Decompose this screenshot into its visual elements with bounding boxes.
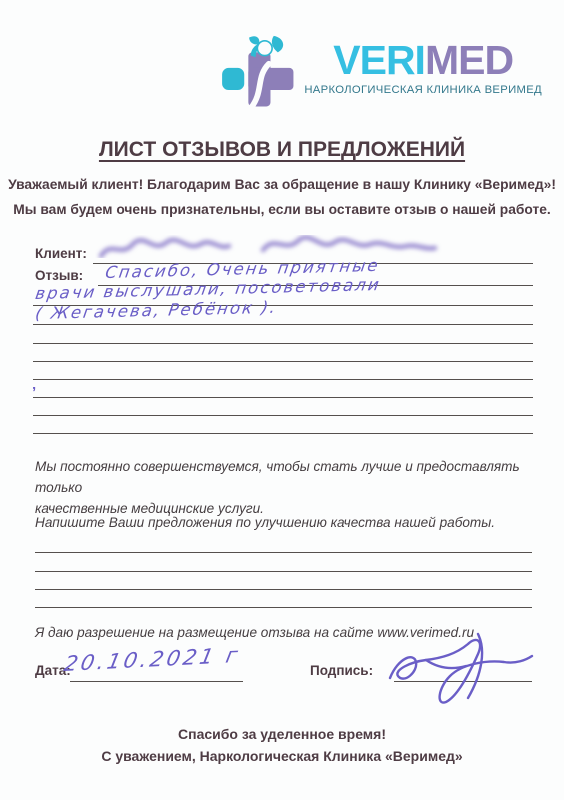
brand-wordmark: VERIMED [333, 40, 513, 81]
review-line-8 [33, 415, 533, 416]
intro-line-1: Уважаемый клиент! Благодарим Вас за обра… [0, 177, 564, 192]
suggestions-prompt: Напишите Ваши предложения по улучшению к… [35, 512, 535, 533]
suggestion-line-3 [35, 589, 532, 590]
brand-tagline: НАРКОЛОГИЧЕСКАЯ КЛИНИКА ВЕРИМЕД [304, 84, 542, 96]
brand-part-med: MED [425, 37, 513, 83]
quality-statement: Мы постоянно совершенствуемся, чтобы ста… [35, 456, 535, 519]
suggestion-line-1 [35, 552, 532, 553]
stray-ink-mark: ’ [32, 384, 36, 401]
date-underline [70, 681, 243, 682]
medical-cross-person-icon [218, 34, 300, 110]
review-line-3 [33, 324, 533, 325]
page-title: ЛИСТ ОТЗЫВОВ И ПРЕДЛОЖЕНИЙ [0, 138, 564, 162]
review-line-5 [33, 361, 533, 362]
client-label: Клиент: [35, 246, 87, 261]
logo-text: VERIMED НАРКОЛОГИЧЕСКАЯ КЛИНИКА ВЕРИМЕД [304, 40, 542, 96]
review-line-4 [33, 343, 533, 344]
signature-handwriting [382, 630, 552, 708]
intro-line-2: Мы вам будем очень признательны, если вы… [0, 202, 564, 217]
brand-part-veri: VERI [333, 37, 425, 83]
date-handwriting: 20.10.2021 г [62, 643, 243, 676]
review-line-6 [33, 379, 533, 380]
review-line-9 [33, 433, 533, 434]
review-label: Отзыв: [35, 268, 83, 283]
footer-signoff: С уважением, Наркологическая Клиника «Ве… [0, 748, 564, 764]
footer-thanks: Спасибо за уделенное время! [0, 726, 564, 742]
feedback-sheet-page: VERIMED НАРКОЛОГИЧЕСКАЯ КЛИНИКА ВЕРИМЕД … [0, 0, 564, 800]
signature-label: Подпись: [310, 663, 373, 678]
review-line-7 [33, 397, 533, 398]
clinic-logo: VERIMED НАРКОЛОГИЧЕСКАЯ КЛИНИКА ВЕРИМЕД [218, 34, 542, 110]
suggestion-line-4 [35, 607, 532, 608]
quality-line-1: Мы постоянно совершенствуемся, чтобы ста… [35, 459, 520, 495]
suggestion-line-2 [35, 571, 532, 572]
